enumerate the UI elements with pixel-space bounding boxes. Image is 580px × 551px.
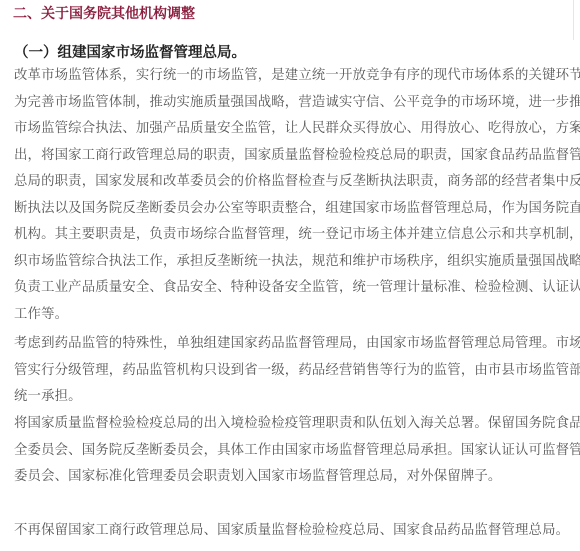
subsection-heading: （一）组建国家市场监督管理总局。 [14,41,246,62]
text-line: 改革市场监管体系，实行统一的市场监管，是建立统一开放竞争有序的现代市场体系的关键… [14,63,570,90]
section-heading: 二、关于国务院其他机构调整 [13,3,195,23]
text-line: 工作等。 [14,302,570,329]
text-line: 不再保留国家工商行政管理总局、国家质量监督检验检疫总局、国家食品药品监督管理总局… [14,518,570,545]
text-line: 负责工业产品质量安全、食品安全、特种设备安全监管，统一管理计量标准、检验检测、认… [14,275,570,302]
paragraph-market-regulation: 改革市场监管体系，实行统一的市场监管，是建立统一开放竞争有序的现代市场体系的关键… [14,63,570,328]
paragraph-drug-regulation: 考虑到药品监管的特殊性，单独组建国家药品监督管理局，由国家市场监督管理总局管理。… [14,331,570,411]
text-line: 统一承担。 [14,384,570,411]
text-line: 为完善市场监管体制，推动实施质量强国战略，营造诚实守信、公平竞争的市场环境，进一… [14,90,570,117]
side-divider [573,0,574,40]
text-line: 市场监管综合执法、加强产品质量安全监管，让人民群众买得放心、用得放心、吃得放心，… [14,116,570,143]
text-line: 考虑到药品监管的特殊性，单独组建国家药品监督管理局，由国家市场监督管理总局管理。… [14,331,570,358]
text-line: 出，将国家工商行政管理总局的职责，国家质量监督检验检疫总局的职责，国家食品药品监… [14,143,570,170]
text-line: 将国家质量监督检验检疫总局的出入境检验检疫管理职责和队伍划入海关总署。保留国务院… [14,411,570,438]
paragraph-quarantine-transfer: 将国家质量监督检验检疫总局的出入境检验检疫管理职责和队伍划入海关总署。保留国务院… [14,411,570,491]
text-line: 总局的职责，国家发展和改革委员会的价格监督检查与反垄断执法职责，商务部的经营者集… [14,169,570,196]
text-line: 机构。其主要职责是，负责市场综合监督管理，统一登记市场主体并建立信息公示和共享机… [14,222,570,249]
paragraph-abolished-agencies: 不再保留国家工商行政管理总局、国家质量监督检验检疫总局、国家食品药品监督管理总局… [14,518,570,545]
text-line: 委员会、国家标准化管理委员会职责划入国家市场监督管理总局，对外保留牌子。 [14,464,570,491]
text-line: 织市场监管综合执法工作，承担反垄断统一执法，规范和维护市场秩序，组织实施质量强国… [14,249,570,276]
text-line: 断执法以及国务院反垄断委员会办公室等职责整合，组建国家市场监督管理总局，作为国务… [14,196,570,223]
text-line: 管实行分级管理，药品监管机构只设到省一级，药品经营销售等行为的监管，由市县市场监… [14,358,570,385]
text-line: 全委员会、国务院反垄断委员会，具体工作由国家市场监督管理总局承担。国家认证认可监… [14,438,570,465]
